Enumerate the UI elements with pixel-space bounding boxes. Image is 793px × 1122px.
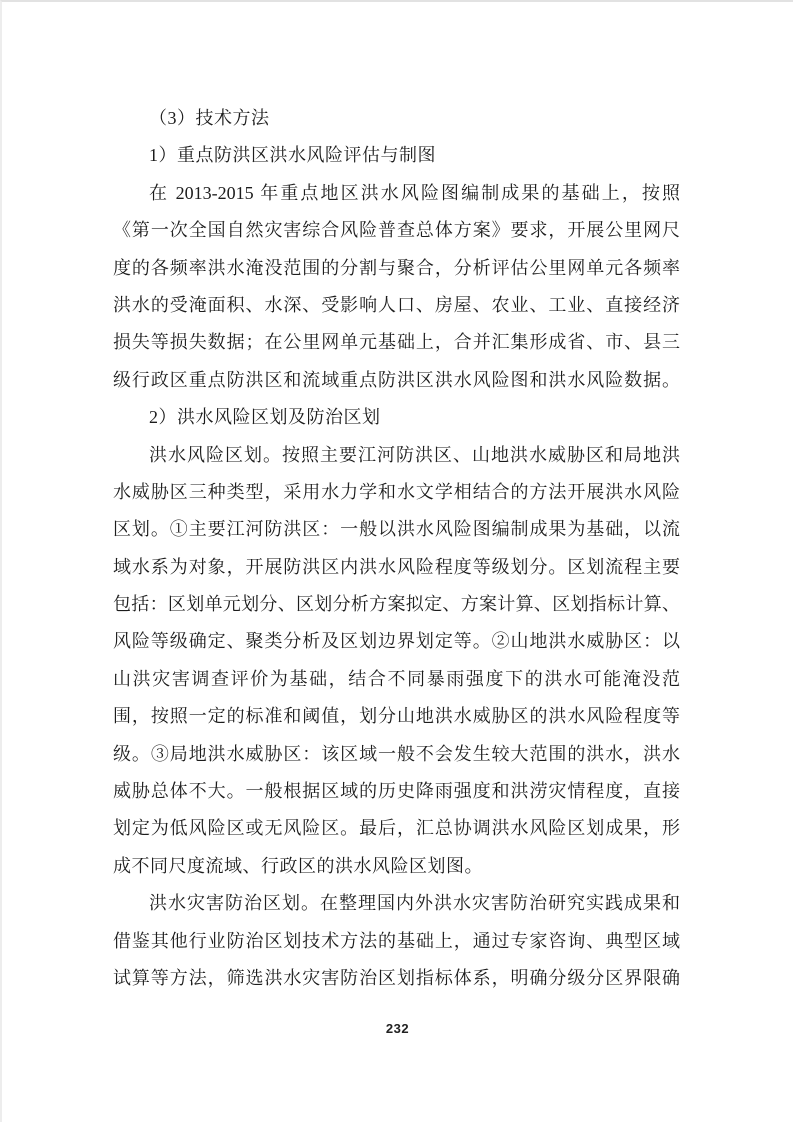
body-line: 《第一次全国自然灾害综合风险普查总体方案》要求，开展公里网尺	[113, 212, 680, 249]
body-line: 洪水风险区划。按照主要江河防洪区、山地洪水威胁区和局地洪	[113, 437, 680, 474]
body-line: 损失等损失数据；在公里网单元基础上，合并汇集形成省、市、县三	[113, 324, 680, 361]
heading-line: （3）技术方法	[113, 100, 680, 137]
body-line: 域水系为对象，开展防洪区内洪水风险程度等级划分。区划流程主要	[113, 549, 680, 586]
heading-line: 2）洪水风险区划及防治区划	[113, 399, 680, 436]
body-line: 级行政区重点防洪区和流域重点防洪区洪水风险图和洪水风险数据。	[113, 362, 680, 399]
document-page: { "page": { "number": "232", "background…	[0, 0, 793, 1122]
body-line: 风险等级确定、聚类分析及区划边界划定等。②山地洪水威胁区：以	[113, 623, 680, 660]
body-line: 划定为低风险区或无风险区。最后，汇总协调洪水风险区划成果，形	[113, 810, 680, 847]
body-line: 试算等方法，筛选洪水灾害防治区划指标体系，明确分级分区界限确	[113, 960, 680, 997]
body-line: 山洪灾害调查评价为基础，结合不同暴雨强度下的洪水可能淹没范	[113, 661, 680, 698]
page-number: 232	[2, 1021, 793, 1036]
body-line: 包括：区划单元划分、区划分析方案拟定、方案计算、区划指标计算、	[113, 586, 680, 623]
body-line: 度的各频率洪水淹没范围的分割与聚合，分析评估公里网单元各频率	[113, 250, 680, 287]
body-line: 威胁总体不大。一般根据区域的历史降雨强度和洪涝灾情程度，直接	[113, 773, 680, 810]
body-line: 在 2013-2015 年重点地区洪水风险图编制成果的基础上，按照	[113, 175, 680, 212]
body-line: 水威胁区三种类型，采用水力学和水文学相结合的方法开展洪水风险	[113, 474, 680, 511]
body-line: 借鉴其他行业防治区划技术方法的基础上，通过专家咨询、典型区域	[113, 923, 680, 960]
body-line: 级。③局地洪水威胁区：该区域一般不会发生较大范围的洪水，洪水	[113, 736, 680, 773]
body-line: 洪水的受淹面积、水深、受影响人口、房屋、农业、工业、直接经济	[113, 287, 680, 324]
heading-line: 1）重点防洪区洪水风险评估与制图	[113, 137, 680, 174]
body-line: 区划。①主要江河防洪区：一般以洪水风险图编制成果为基础，以流	[113, 511, 680, 548]
body-line: 围，按照一定的标准和阈值，划分山地洪水威胁区的洪水风险程度等	[113, 698, 680, 735]
body-line: 洪水灾害防治区划。在整理国内外洪水灾害防治研究实践成果和	[113, 885, 680, 922]
body-line: 成不同尺度流域、行政区的洪水风险区划图。	[113, 848, 680, 885]
page-body-text: （3）技术方法 1）重点防洪区洪水风险评估与制图 在 2013-2015 年重点…	[113, 100, 680, 997]
